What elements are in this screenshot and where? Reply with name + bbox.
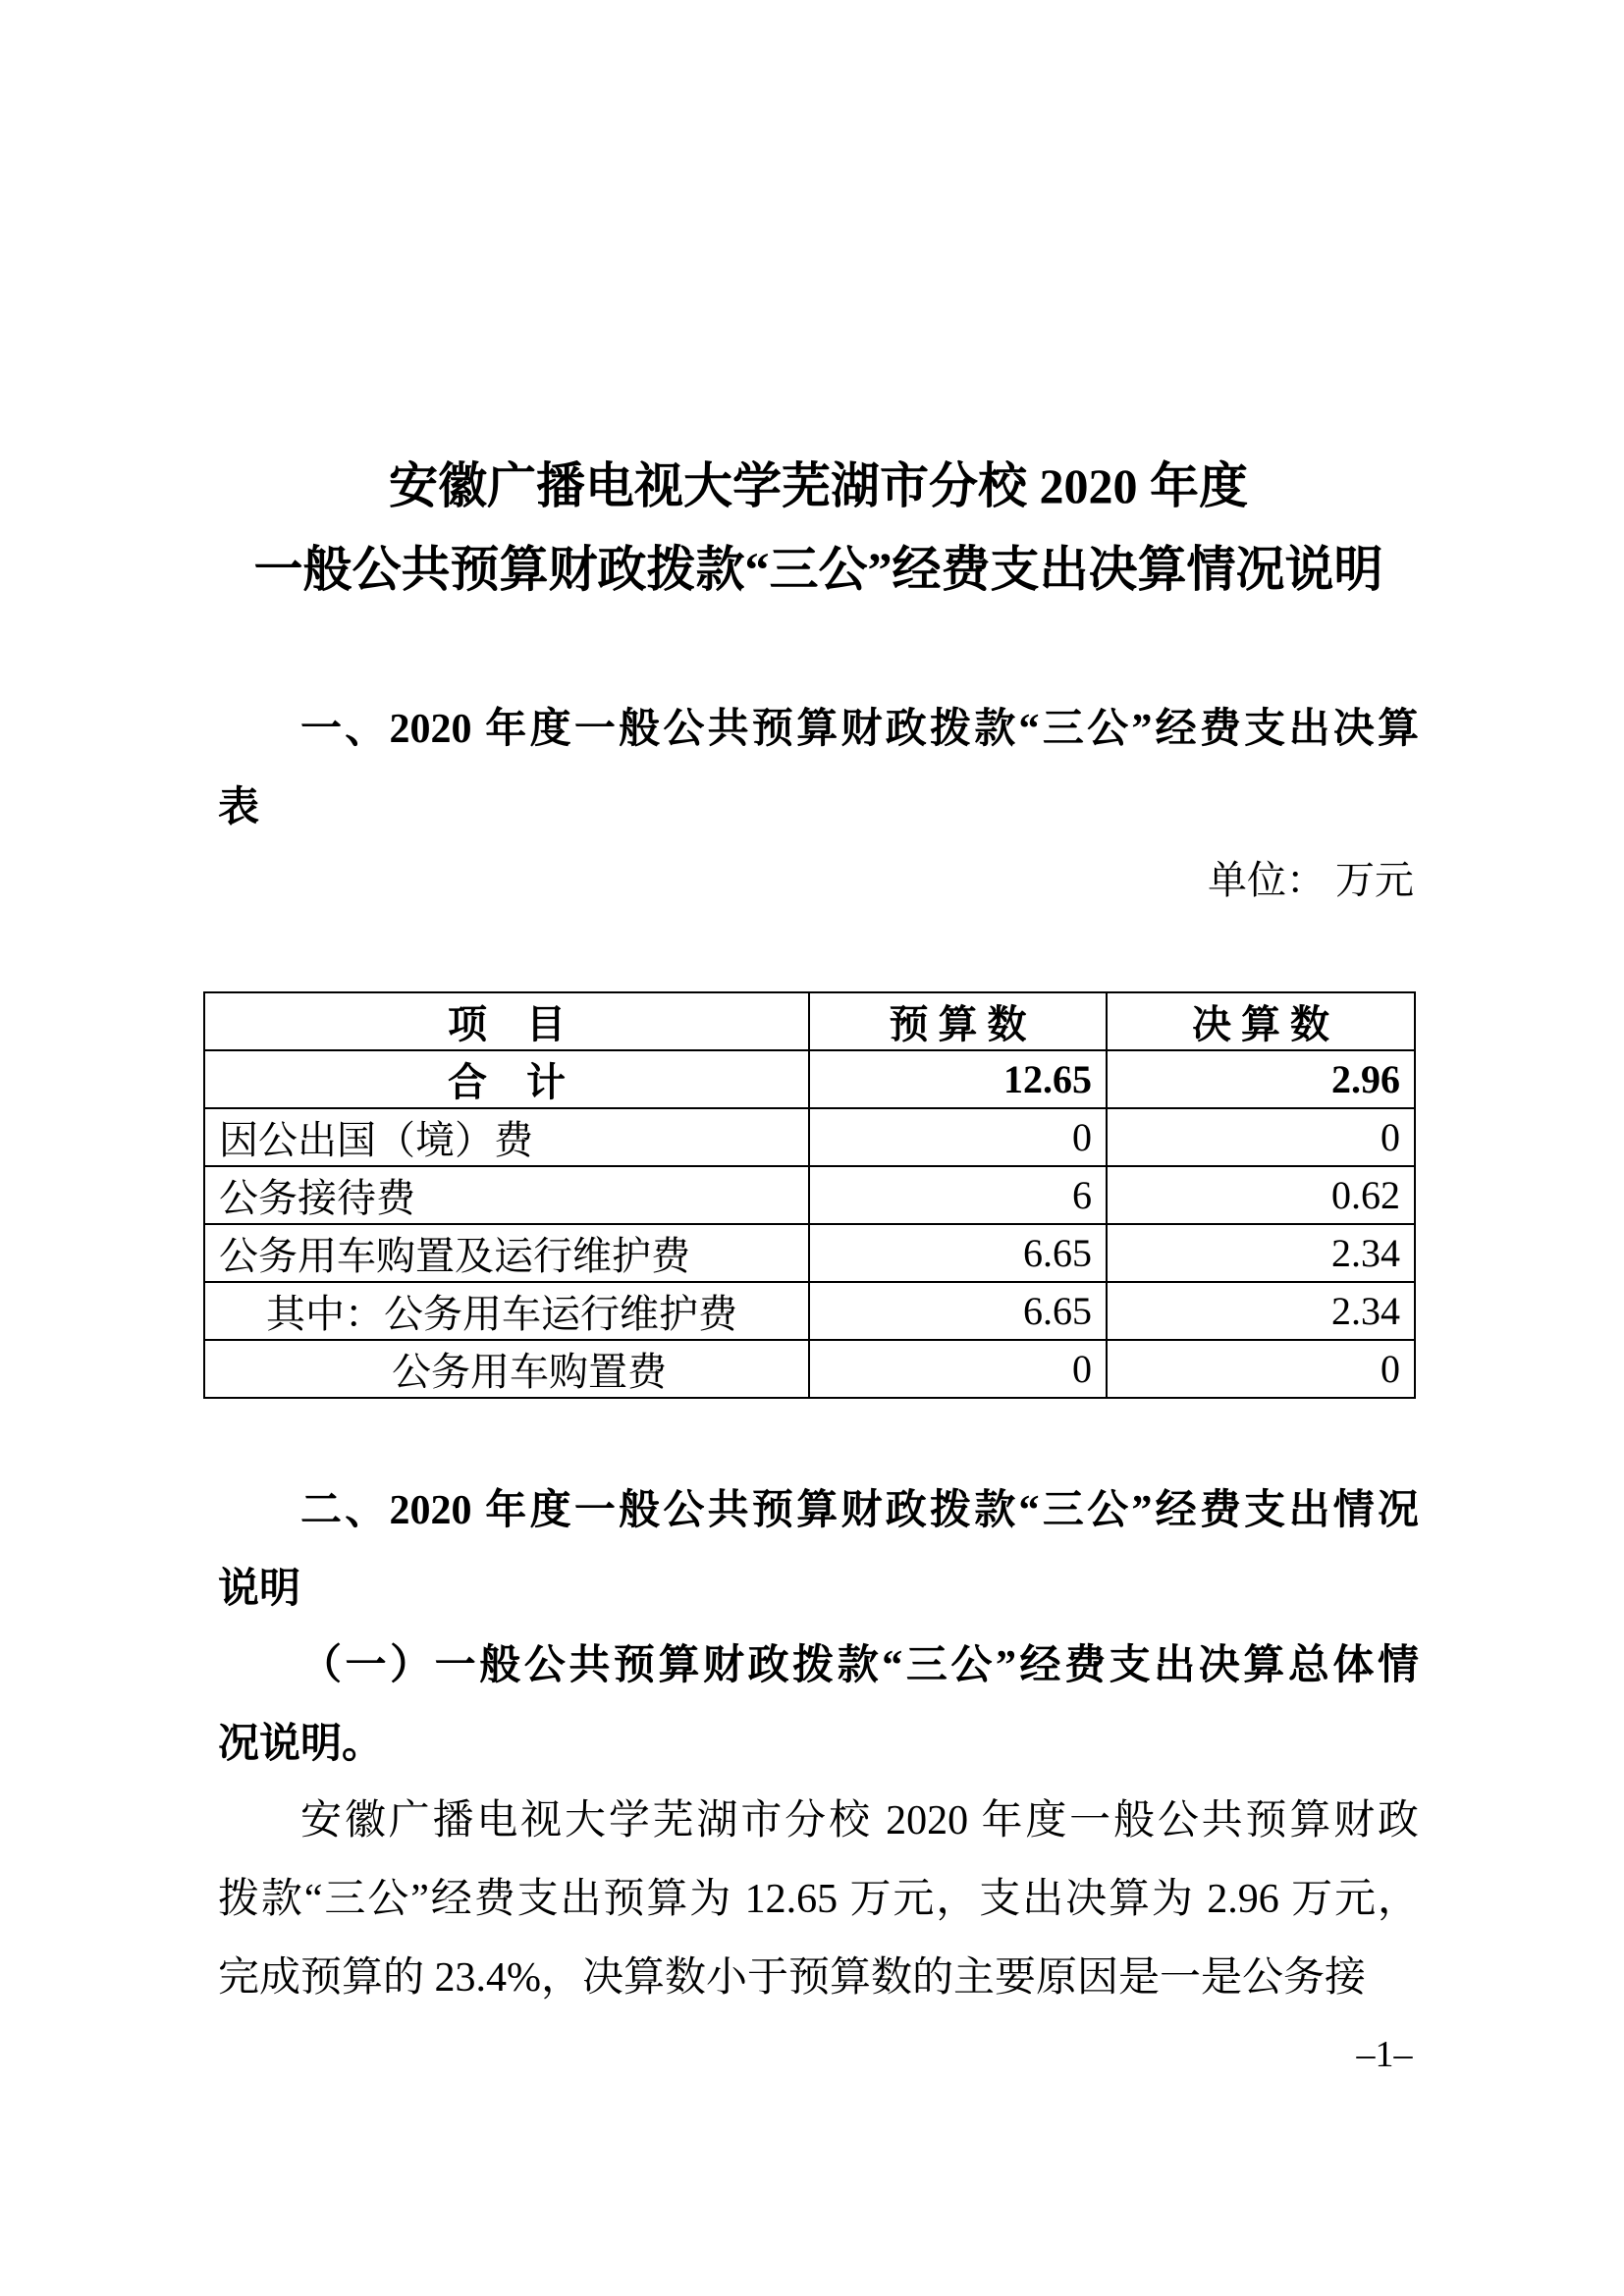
text-line: 说明 — [218, 1550, 1419, 1629]
table-header-final: 决 算 数 — [1107, 992, 1415, 1050]
budget-table: 项 目 预 算 数 决 算 数 合 计12.652.96因公出国（境）费00公务… — [203, 991, 1416, 1399]
text-line: 二、2020 年度一般公共预算财政拨款“三公”经费支出情况 — [218, 1471, 1419, 1550]
text-line: 完成预算的 23.4%，决算数小于预算数的主要原因是一是公务接 — [218, 1939, 1419, 2017]
section-2-heading: 二、2020 年度一般公共预算财政拨款“三公”经费支出情况说明 — [218, 1471, 1419, 1629]
text-line: 安徽广播电视大学芜湖市分校 2020 年度 — [218, 445, 1419, 528]
table-row: 公务接待费60.62 — [204, 1166, 1415, 1224]
text-line: 安徽广播电视大学芜湖市分校 2020 年度一般公共预算财政 — [218, 1782, 1419, 1860]
table-row: 其中：公务用车运行维护费6.652.34 — [204, 1282, 1415, 1340]
unit-note: 单位： 万元 — [203, 841, 1414, 920]
final-cell: 0.62 — [1107, 1166, 1415, 1224]
budget-cell: 12.65 — [809, 1050, 1107, 1108]
item-cell: 公务用车购置费 — [204, 1340, 809, 1398]
document-page: 安徽广播电视大学芜湖市分校 2020 年度一般公共预算财政拨款“三公”经费支出决… — [0, 0, 1624, 2296]
budget-cell: 0 — [809, 1108, 1107, 1166]
body-paragraph: 安徽广播电视大学芜湖市分校 2020 年度一般公共预算财政拨款“三公”经费支出预… — [218, 1782, 1419, 2017]
text-line: 况说明。 — [218, 1705, 1419, 1784]
budget-cell: 0 — [809, 1340, 1107, 1398]
final-cell: 2.96 — [1107, 1050, 1415, 1108]
item-cell: 其中：公务用车运行维护费 — [204, 1282, 809, 1340]
final-cell: 0 — [1107, 1340, 1415, 1398]
text-line: 表 — [218, 769, 1419, 847]
section-2-1-heading: （一）一般公共预算财政拨款“三公”经费支出决算总体情况说明。 — [218, 1627, 1419, 1784]
budget-cell: 6.65 — [809, 1282, 1107, 1340]
page-number: –1– — [1335, 2030, 1434, 2079]
text-line: （一）一般公共预算财政拨款“三公”经费支出决算总体情 — [218, 1627, 1419, 1705]
table-row: 因公出国（境）费00 — [204, 1108, 1415, 1166]
table-row: 合 计12.652.96 — [204, 1050, 1415, 1108]
item-cell: 因公出国（境）费 — [204, 1108, 809, 1166]
table-header-row: 项 目 预 算 数 决 算 数 — [204, 992, 1415, 1050]
final-cell: 2.34 — [1107, 1224, 1415, 1282]
item-cell: 合 计 — [204, 1050, 809, 1108]
text-line: 一、2020 年度一般公共预算财政拨款“三公”经费支出决算 — [218, 690, 1419, 769]
budget-table-body: 合 计12.652.96因公出国（境）费00公务接待费60.62公务用车购置及运… — [204, 1050, 1415, 1398]
text-line: 一般公共预算财政拨款“三公”经费支出决算情况说明 — [218, 528, 1419, 612]
budget-cell: 6.65 — [809, 1224, 1107, 1282]
text-line: 拨款“三公”经费支出预算为 12.65 万元，支出决算为 2.96 万元， — [218, 1860, 1419, 1939]
table-row: 公务用车购置费00 — [204, 1340, 1415, 1398]
item-cell: 公务用车购置及运行维护费 — [204, 1224, 809, 1282]
item-cell: 公务接待费 — [204, 1166, 809, 1224]
table-row: 公务用车购置及运行维护费6.652.34 — [204, 1224, 1415, 1282]
budget-table-wrap: 项 目 预 算 数 决 算 数 合 计12.652.96因公出国（境）费00公务… — [203, 991, 1414, 1399]
section-1-heading: 一、2020 年度一般公共预算财政拨款“三公”经费支出决算表 — [218, 690, 1419, 847]
table-header-budget: 预 算 数 — [809, 992, 1107, 1050]
budget-cell: 6 — [809, 1166, 1107, 1224]
table-header-item: 项 目 — [204, 992, 809, 1050]
final-cell: 0 — [1107, 1108, 1415, 1166]
document-title: 安徽广播电视大学芜湖市分校 2020 年度一般公共预算财政拨款“三公”经费支出决… — [218, 445, 1419, 612]
final-cell: 2.34 — [1107, 1282, 1415, 1340]
